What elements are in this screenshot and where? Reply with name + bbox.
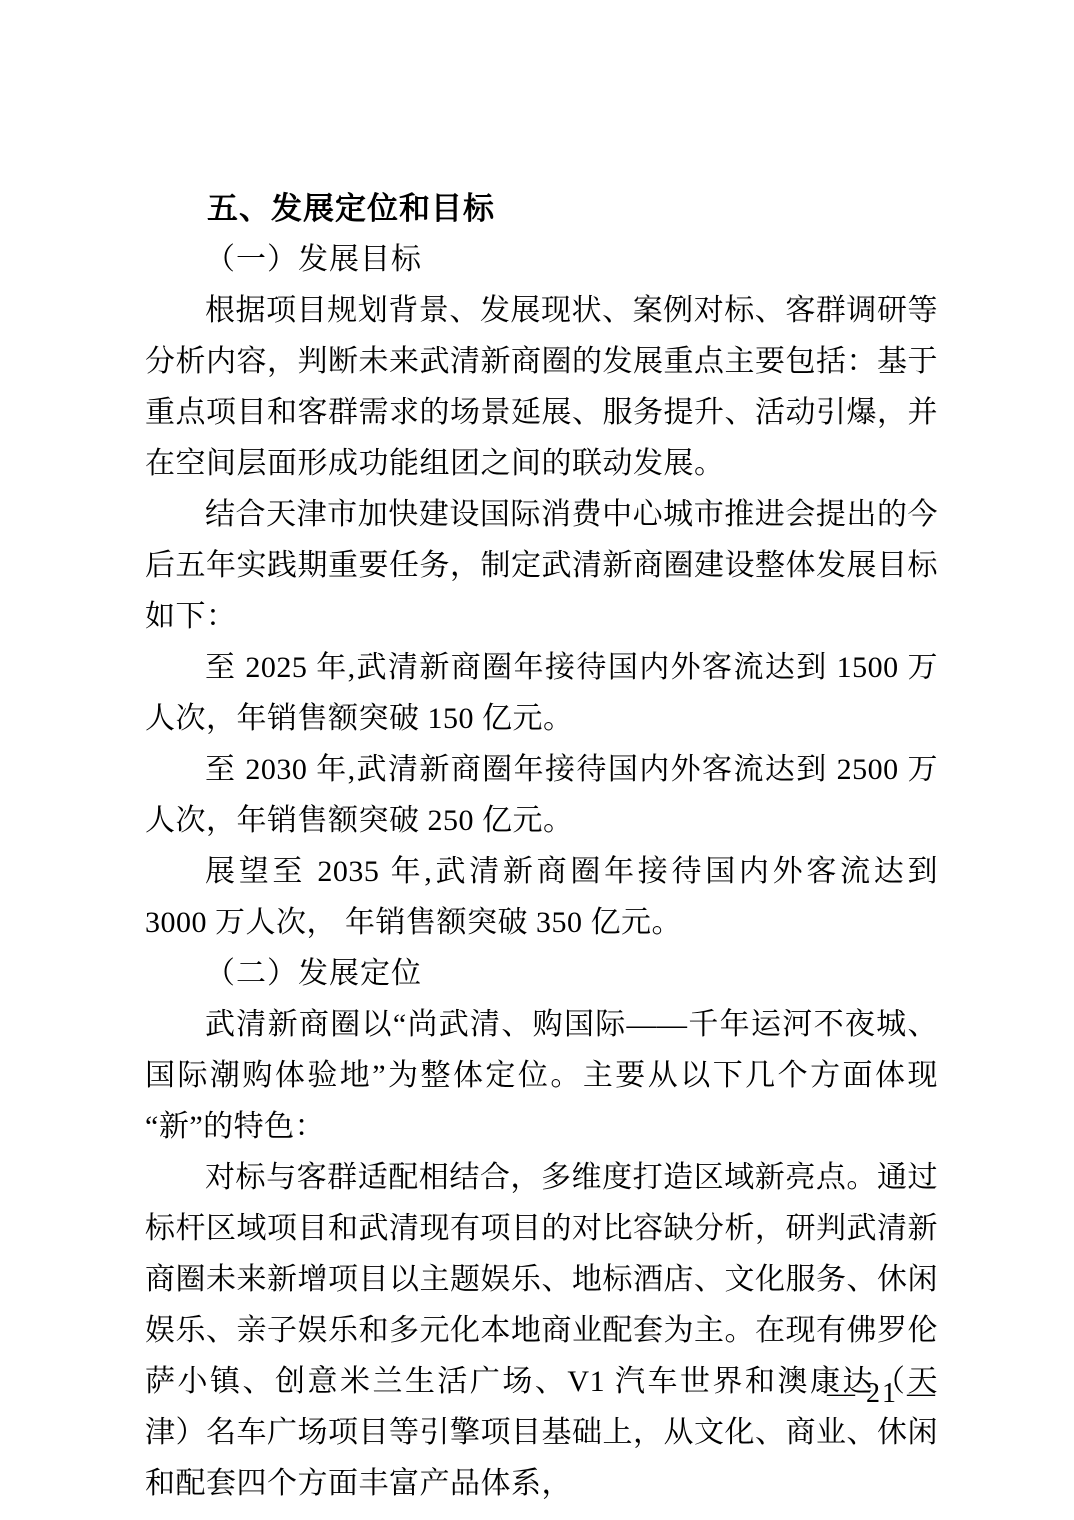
page-number: — 21 — [827,1378,937,1410]
document-content: 五、发展定位和目标 （一）发展目标 根据项目规划背景、发展现状、案例对标、客群调… [145,183,938,1509]
paragraph-positioning-statement: 武清新商圈以“尚武清、购国际——千年运河不夜城、国际潮购体验地”为整体定位。主要… [145,999,938,1152]
subsection-heading-development-goals: （一）发展目标 [145,234,938,285]
paragraph-benchmark-projects: 对标与客群适配相结合，多维度打造区域新亮点。通过标杆区域项目和武清现有项目的对比… [145,1152,938,1509]
subsection-heading-development-positioning: （二）发展定位 [145,948,938,999]
document-page: 五、发展定位和目标 （一）发展目标 根据项目规划背景、发展现状、案例对标、客群调… [0,0,1074,1520]
paragraph-goal-2025: 至 2025 年,武清新商圈年接待国内外客流达到 1500 万人次，年销售额突破… [145,642,938,744]
paragraph-goal-2035: 展望至 2035 年,武清新商圈年接待国内外客流达到 3000 万人次， 年销售… [145,846,938,948]
paragraph-overall-goal-intro: 结合天津市加快建设国际消费中心城市推进会提出的今后五年实践期重要任务，制定武清新… [145,489,938,642]
chapter-heading: 五、发展定位和目标 [145,183,938,234]
paragraph-goal-2030: 至 2030 年,武清新商圈年接待国内外客流达到 2500 万人次，年销售额突破… [145,744,938,846]
paragraph-analysis-basis: 根据项目规划背景、发展现状、案例对标、客群调研等分析内容，判断未来武清新商圈的发… [145,285,938,489]
